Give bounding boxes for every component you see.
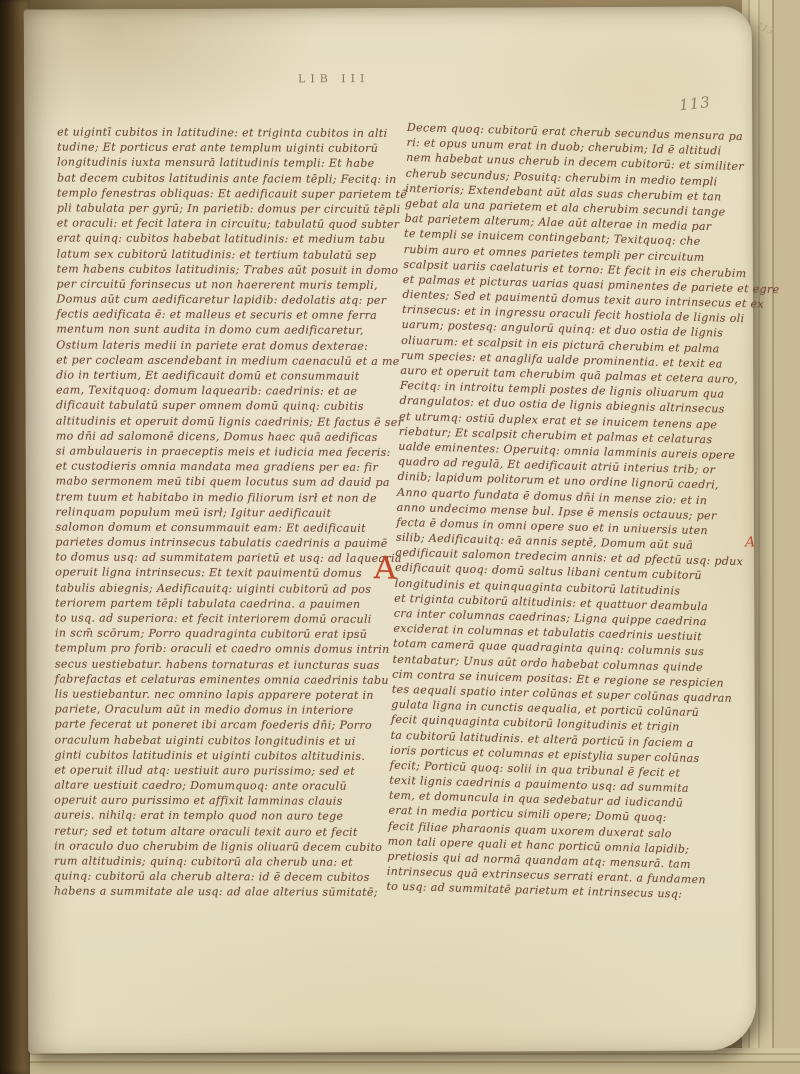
text-line: dio in tertium, Et aedificauit domū et c… bbox=[56, 367, 408, 384]
text-line: rum altitudinis; quinq: cubitorū ala che… bbox=[54, 853, 406, 870]
text-line: erat quinq: cubitos habebat latitudinis:… bbox=[57, 231, 409, 248]
text-line: retur; sed et totum altare oraculi texit… bbox=[54, 823, 406, 840]
text-line: lis uestiebantur. nec omnino lapis appar… bbox=[55, 686, 407, 703]
text-line: tudine; Et porticus erat ante templum ui… bbox=[57, 140, 409, 157]
manuscript-photo: 113 LIB III 113 et uigintī cubitos in la… bbox=[0, 0, 800, 1074]
text-line: Ostium lateris medii in pariete erat dom… bbox=[56, 337, 408, 354]
text-line: salomon domum et consummauit eam: Et aed… bbox=[55, 519, 407, 536]
text-line: longitudinis iuxta mensurā latitudinis t… bbox=[57, 155, 409, 172]
text-line: aureis. nihilq: erat in templo quod non … bbox=[54, 808, 406, 825]
text-line: relinquam populum meū isrł; Igitur aedif… bbox=[56, 504, 408, 521]
rubricated-initial: A bbox=[374, 553, 397, 584]
text-line: eam, Texitquoq: domum laquearib: caedrin… bbox=[56, 383, 408, 400]
text-line: mabo sermonem meū tibi quem locutus sum … bbox=[56, 474, 408, 491]
text-line: in scm̄ scōrum; Porro quadraginta cubito… bbox=[55, 626, 407, 643]
text-line: operuit auro purissimo et affixit lammin… bbox=[54, 793, 406, 810]
text-line: et custodieris omnia mandata mea gradien… bbox=[56, 459, 408, 476]
text-column-right: A Decem quoq: cubitorū erat cherub secun… bbox=[386, 120, 769, 904]
text-line: in oraculo duo cherubim de lignis oliuar… bbox=[54, 838, 406, 855]
text-line: si ambulaueris in praeceptis meis et iud… bbox=[56, 443, 408, 460]
text-line: et oraculi: et fecit latera in circuitu;… bbox=[57, 216, 409, 233]
text-line: operuit ligna intrinsecus: Et texit paui… bbox=[55, 565, 407, 582]
text-line: mentum non sunt audita in domo cum aedif… bbox=[56, 322, 408, 339]
text-line: et operuit illud atq: uestiuit auro puri… bbox=[54, 762, 406, 779]
text-line: quinq: cubitorū ala cherub altera: id ē … bbox=[54, 869, 406, 886]
text-line: secus uestiebatur. habens tornaturas et … bbox=[55, 656, 407, 673]
folio-number: 113 bbox=[678, 93, 711, 114]
text-line: altare uestiuit caedro; Domumquoq: ante … bbox=[54, 778, 406, 795]
text-line: oraculum habebat uiginti cubitos longitu… bbox=[55, 732, 407, 749]
text-line: pli tabulata per gyrū; In parietib: domu… bbox=[57, 200, 409, 217]
text-line: dificauit tabulatū super omnem domū quin… bbox=[56, 398, 408, 415]
text-line: habens a summitate ale usq: ad alae alte… bbox=[54, 884, 406, 901]
text-line: bat decem cubitos latitudinis ante facie… bbox=[57, 170, 409, 187]
marginal-rubric-letter: A bbox=[745, 534, 755, 550]
text-line: to domus usq: ad summitatem parietū et u… bbox=[55, 550, 407, 567]
text-line: parte fecerat ut poneret ibi arcam foede… bbox=[55, 717, 407, 734]
text-line: et per cocleam ascendebant in medium cae… bbox=[56, 352, 408, 369]
text-line: parietes domus intrinsecus tabulatis cae… bbox=[55, 535, 407, 552]
text-line: per circuitū forinsecus ut non haererent… bbox=[56, 276, 408, 293]
text-line: ginti cubitos latitudinis et uiginti cub… bbox=[54, 747, 406, 764]
text-line: templo fenestras obliquas: Et aedificaui… bbox=[57, 185, 409, 202]
manuscript-page: LIB III 113 et uigintī cubitos in latitu… bbox=[24, 6, 757, 1053]
text-line: teriorem partem tēpli tabulata caedrina.… bbox=[55, 595, 407, 612]
text-line: fectis aedificata ē: et malleus et secur… bbox=[56, 307, 408, 324]
text-line: tem habens cubitos latitudinis; Trabes a… bbox=[57, 261, 409, 278]
text-line: mo dn̄i ad salomonē dicens, Domus haec q… bbox=[56, 428, 408, 445]
text-line: pariete, Oraculum aūt in medio domus in … bbox=[55, 702, 407, 719]
text-line: fabrefactas et celaturas eminentes omnia… bbox=[55, 671, 407, 688]
text-line: latum sex cubitorū latitudinis: et terti… bbox=[57, 246, 409, 263]
text-line: templum pro forib: oraculi et caedro omn… bbox=[55, 641, 407, 658]
text-line: et uigintī cubitos in latitudine: et tri… bbox=[57, 124, 409, 141]
text-column-left: et uigintī cubitos in latitudine: et tri… bbox=[54, 124, 409, 900]
text-line: tabulis abiegnis; Aedificauitq: uiginti … bbox=[55, 580, 407, 597]
text-line: altitudinis et operuit domū lignis caedr… bbox=[56, 413, 408, 430]
text-line: Domus aūt cum aedificaretur lapidib: ded… bbox=[56, 292, 408, 309]
running-title: LIB III bbox=[298, 72, 369, 85]
text-line: trem tuum et habitabo in medio filiorum … bbox=[56, 489, 408, 506]
text-line: to usq. ad superiora: et fecit interiore… bbox=[55, 610, 407, 627]
